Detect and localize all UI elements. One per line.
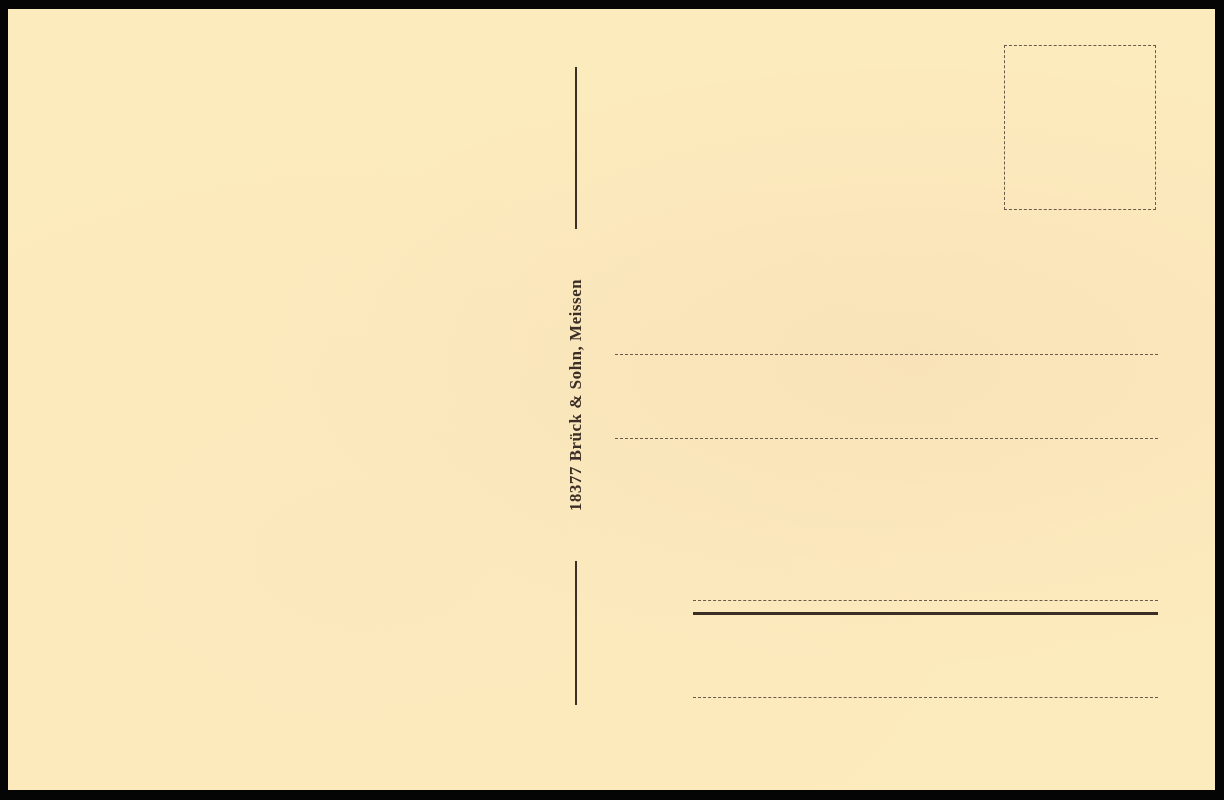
address-line-4 [693, 697, 1158, 698]
stamp-box [1004, 45, 1156, 210]
postcard-back: 18377 Brück & Sohn, Meissen [8, 9, 1215, 790]
address-line-2 [615, 438, 1158, 439]
center-divider-top [575, 67, 577, 229]
address-line-solid [693, 612, 1158, 615]
center-divider-bottom [575, 561, 577, 705]
address-line-1 [615, 354, 1158, 355]
publisher-imprint: 18377 Brück & Sohn, Meissen [566, 279, 586, 511]
address-line-3 [693, 600, 1158, 601]
